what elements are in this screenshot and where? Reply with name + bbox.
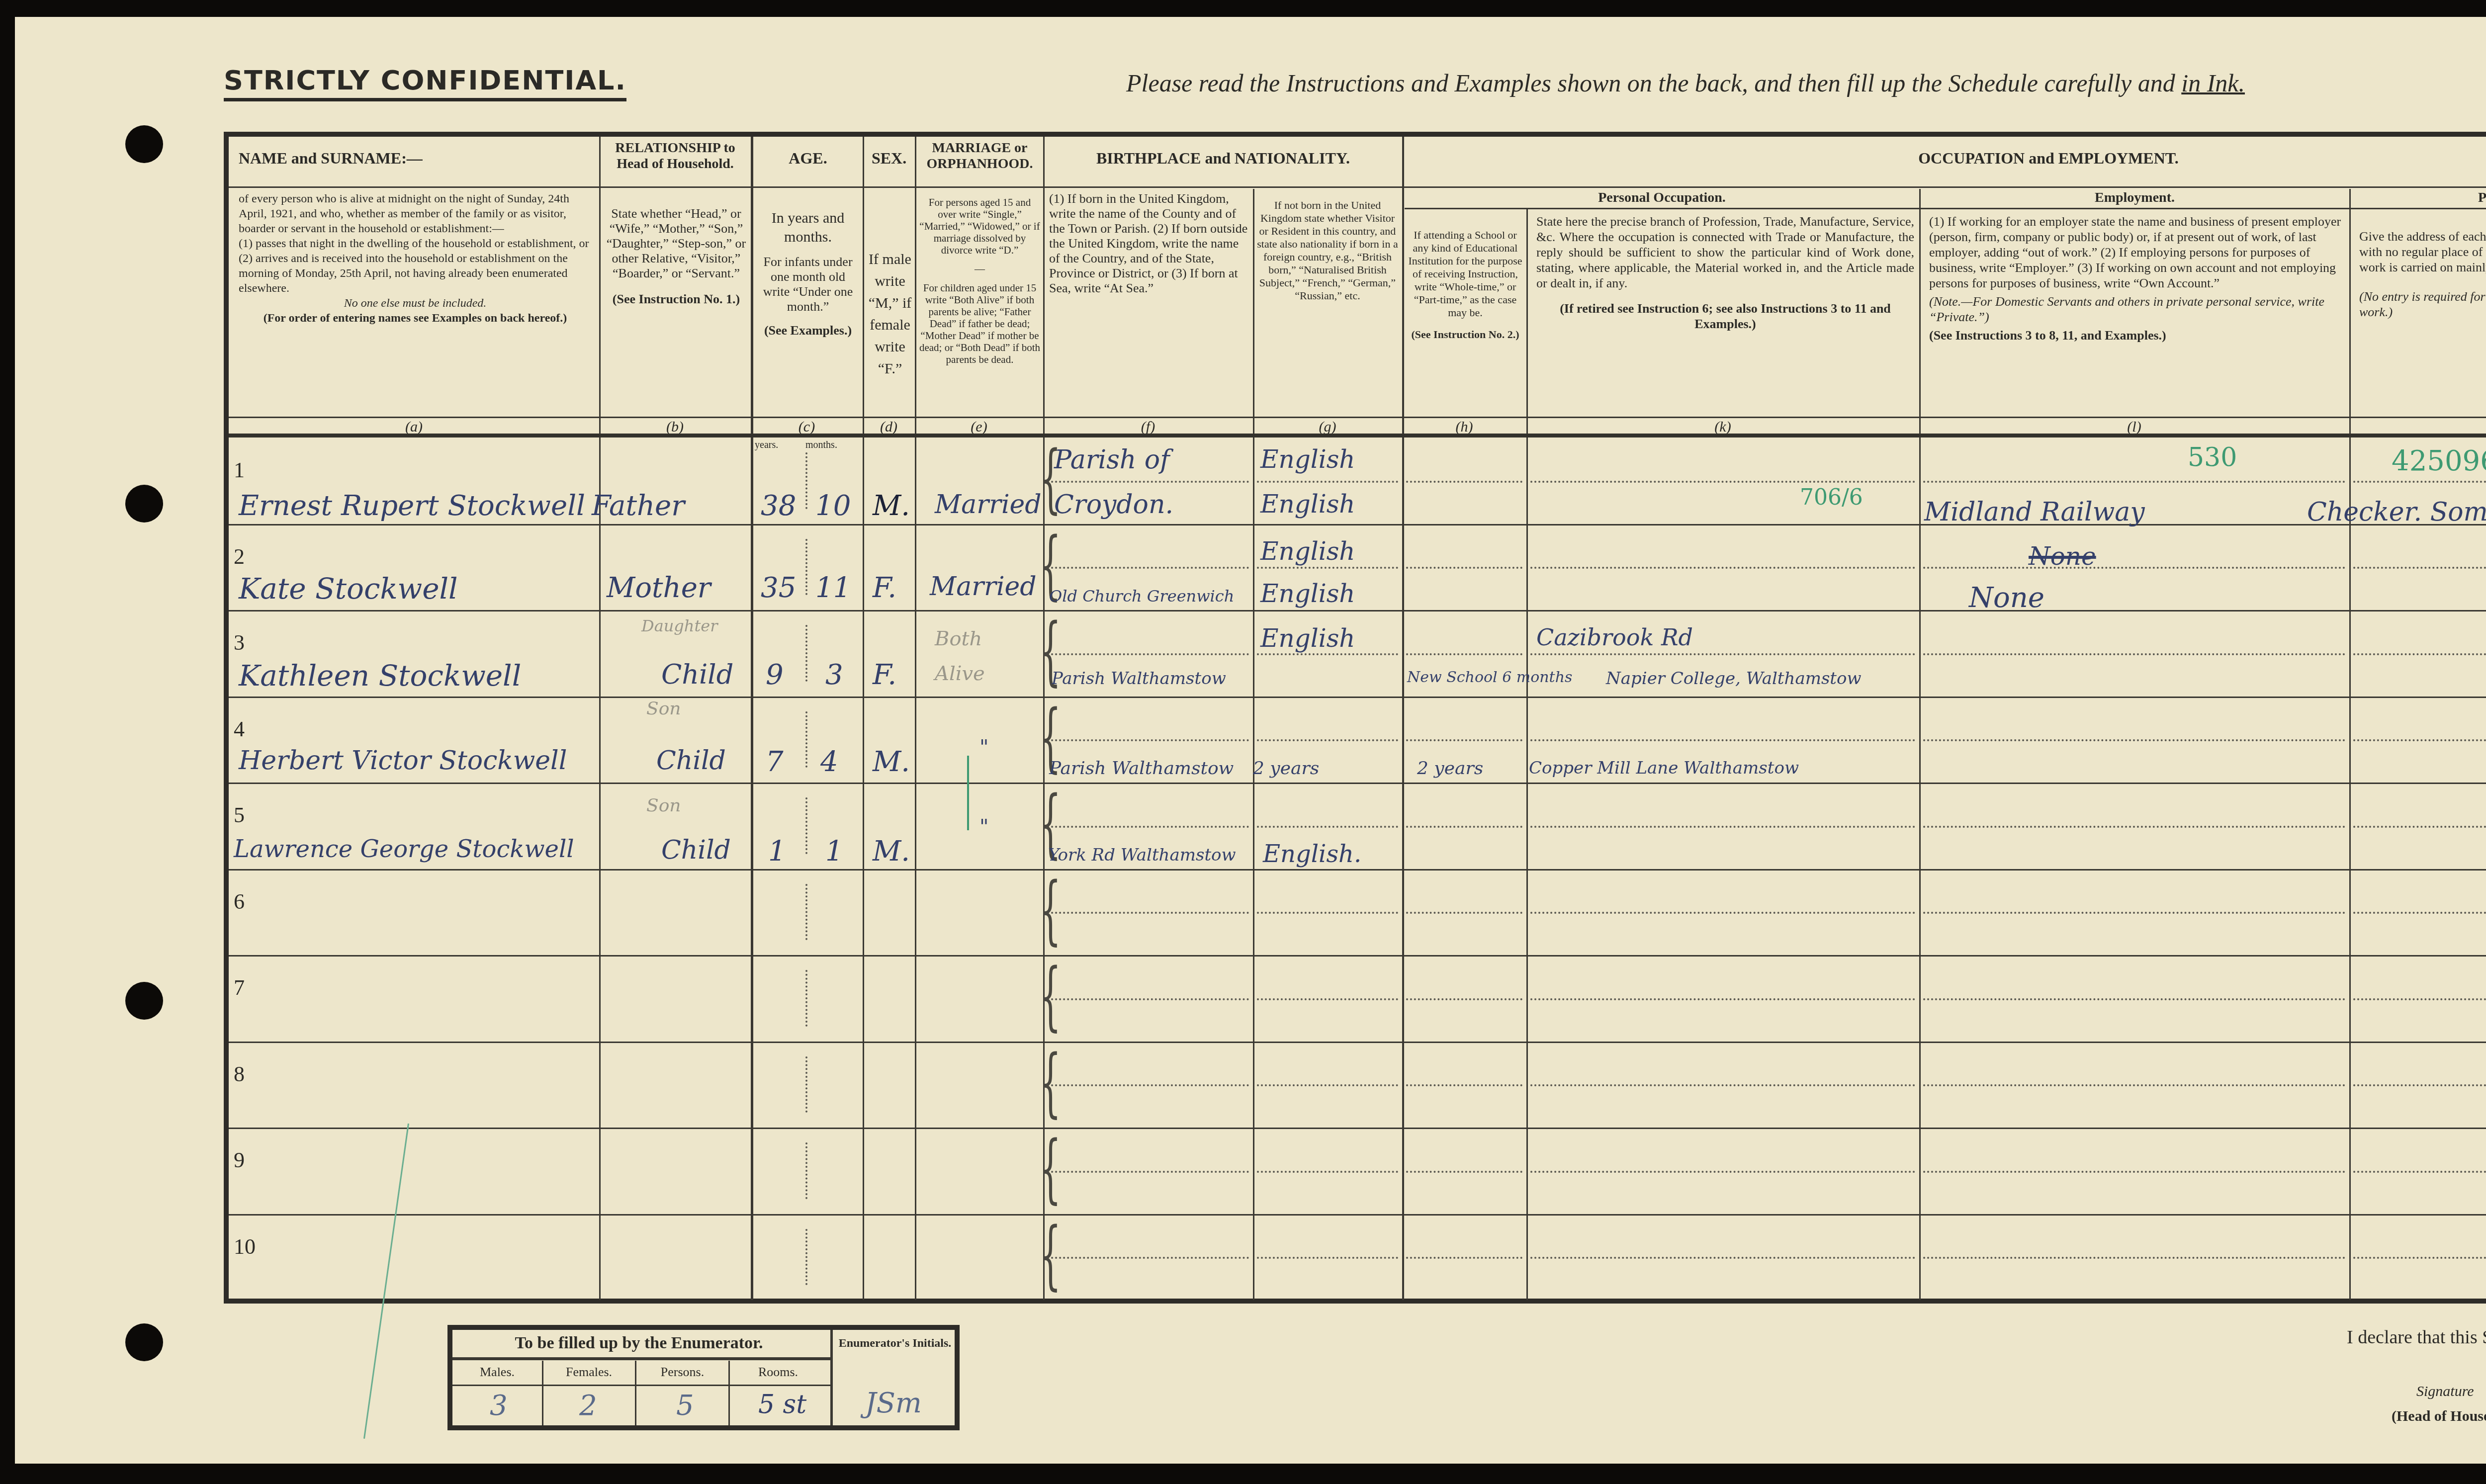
col-id-k: (k): [1526, 419, 1919, 436]
row-4-relationship[interactable]: Child: [656, 746, 726, 776]
row-dotted-guide: [1923, 567, 2345, 569]
col-id-l: (l): [1919, 419, 2349, 436]
col-id-e: (e): [915, 419, 1043, 436]
row-2-nationality-2[interactable]: English: [1260, 579, 1355, 608]
col-a-desc-2: (1) passes that night in the dwelling of…: [239, 236, 592, 251]
row-1-employment-code: 530: [2188, 442, 2237, 472]
row-divider: [229, 524, 2486, 525]
row-dotted-guide: [1530, 1084, 1915, 1086]
brace-icon: {: [1040, 1218, 1061, 1293]
col-h-desc-text: If attending a School or any kind of Edu…: [1405, 229, 1525, 319]
row-dotted-guide: [1406, 912, 1522, 914]
col-l-note-italic: (Note.—For Domestic Servants and others …: [1929, 294, 2342, 325]
row-3-relationship[interactable]: Child: [661, 659, 733, 690]
row-dotted-guide: [1923, 1257, 2345, 1259]
col-id-g: (g): [1253, 419, 1402, 436]
colid-divider: [229, 417, 2486, 418]
col-id-h: (h): [1402, 419, 1526, 436]
row-dotted-guide: [1257, 998, 1398, 1000]
row-dotted-guide: [1257, 739, 1398, 741]
instructions-line: Please read the Instructions and Example…: [1126, 69, 2245, 97]
row-dotted-guide: [2353, 739, 2486, 741]
col-m-desc: Give the address of each person's place …: [2359, 229, 2486, 320]
row-divider: [229, 955, 2486, 957]
col-k-header: Personal Occupation.: [1405, 189, 1919, 207]
row-3-relationship-note: Daughter: [641, 616, 718, 635]
brace-icon: {: [1040, 873, 1061, 948]
row-4-age-years[interactable]: 7: [766, 746, 784, 778]
row-5-relationship-note: Son: [646, 795, 681, 816]
row-dotted-guide: [1406, 481, 1522, 483]
row-dotted-guide: [1923, 1084, 2345, 1086]
col-divider: [599, 137, 601, 1300]
row-dotted-guide: [1923, 653, 2345, 655]
row-dotted-guide: [1047, 826, 1249, 828]
col-b-desc: State whether “Head,” or “Wife,” “Mother…: [604, 206, 748, 307]
row-divider: [229, 1042, 2486, 1043]
brace-icon: {: [1040, 959, 1061, 1034]
brace-icon: {: [1040, 1132, 1061, 1206]
col-a-desc-5: (For order of entering names see Example…: [239, 311, 592, 326]
col-e-desc-2: For children aged under 15 write “Both A…: [919, 282, 1041, 365]
row-4-relationship-note: Son: [646, 698, 681, 719]
row-dotted-guide: [1406, 1257, 1522, 1259]
row-dotted-guide: [1406, 1084, 1522, 1086]
col-divider: [915, 137, 916, 1300]
row-5-nationality[interactable]: English.: [1263, 840, 1361, 868]
occupation-employment-header: OCCUPATION and EMPLOYMENT.: [1405, 149, 2486, 167]
header-divider: [1405, 208, 2486, 209]
row-dotted-guide: [1257, 653, 1398, 655]
row-4-nationality[interactable]: 2 years: [1253, 758, 1319, 779]
punch-hole-icon: [125, 125, 163, 163]
row-1-workplace-code: 425096: [2392, 445, 2486, 477]
col-l-header: Employment.: [1920, 189, 2349, 207]
row-dotted-guide: [2353, 653, 2486, 655]
row-dotted-guide: [2353, 826, 2486, 828]
row-dotted-guide: [1530, 739, 1915, 741]
row-1-sex[interactable]: M.: [873, 490, 910, 522]
col-f-desc: (1) If born in the United Kingdom, write…: [1049, 191, 1248, 296]
row-number: 2: [234, 544, 245, 569]
col-e-dash: —: [919, 263, 1041, 275]
age-years-months-divider: [805, 970, 807, 1027]
enumerator-initials-divider: [830, 1330, 833, 1425]
col-id-m: (m): [2349, 419, 2486, 436]
row-number: 4: [234, 716, 245, 742]
row-number: 7: [234, 975, 245, 1000]
punch-hole-icon: [125, 982, 163, 1020]
row-divider: [229, 1214, 2486, 1216]
row-dotted-guide: [1047, 653, 1249, 655]
header-divider: [229, 186, 2486, 188]
row-dotted-guide: [1530, 481, 1915, 483]
col-k-desc: State here the precise branch of Profess…: [1536, 214, 1914, 332]
age-years-months-divider: [805, 884, 807, 941]
females-label: Females.: [543, 1365, 635, 1380]
row-divider: [229, 869, 2486, 871]
row-1-relationship[interactable]: Father: [592, 490, 685, 522]
males-value[interactable]: 3: [490, 1390, 508, 1422]
row-4-age-months[interactable]: 4: [820, 746, 838, 778]
row-3-occupation-1[interactable]: Cazibrook Rd: [1536, 624, 1693, 651]
enum-label-divider: [452, 1385, 830, 1386]
row-dotted-guide: [1047, 998, 1249, 1000]
col-divider: [1402, 137, 1404, 1300]
col-id-c: (c): [751, 419, 863, 436]
col-divider: [863, 137, 864, 1300]
col-d-desc: If male write “M,” if female write “F.”: [868, 249, 912, 380]
row-dotted-guide: [1406, 1171, 1522, 1173]
age-years-months-divider: [805, 452, 807, 509]
row-1-name[interactable]: Ernest Rupert Stockwell: [239, 490, 585, 522]
col-a-desc-1: of every person who is alive at midnight…: [239, 191, 592, 236]
col-d-header: SEX.: [864, 149, 914, 167]
row-3-occupation[interactable]: Napier College, Walthamstow: [1606, 669, 1862, 689]
row-dotted-guide: [1257, 567, 1398, 569]
row-number: 1: [234, 457, 245, 483]
row-2-name[interactable]: Kate Stockwell: [239, 572, 458, 606]
age-years-months-divider: [805, 625, 807, 682]
col-h-note: (See Instruction No. 2.): [1405, 328, 1525, 341]
row-dotted-guide: [1923, 739, 2345, 741]
row-dotted-guide: [1047, 739, 1249, 741]
row-dotted-guide: [1530, 1171, 1915, 1173]
row-number: 3: [234, 630, 245, 655]
rooms-label: Rooms.: [731, 1365, 825, 1380]
row-dotted-guide: [1530, 826, 1915, 828]
enumerator-box-header: To be filled up by the Enumerator.: [452, 1334, 825, 1353]
col-id-f: (f): [1043, 419, 1253, 436]
row-dotted-guide: [1047, 567, 1249, 569]
row-dotted-guide: [1257, 1257, 1398, 1259]
row-3-birthplace[interactable]: Parish Walthamstow: [1052, 669, 1226, 689]
enumerator-initials-header: Enumerator's Initials.: [835, 1337, 955, 1350]
age-years-months-divider: [805, 711, 807, 768]
row-4-sex[interactable]: M.: [873, 746, 910, 778]
row-divider: [229, 783, 2486, 784]
row-3-nationality[interactable]: English: [1260, 624, 1355, 653]
row-number: 5: [234, 802, 245, 828]
age-years-label: years.: [755, 439, 778, 451]
age-years-months-divider: [805, 1056, 807, 1113]
row-dotted-guide: [2353, 912, 2486, 914]
row-dotted-guide: [1923, 912, 2345, 914]
row-dotted-guide: [1257, 912, 1398, 914]
col-divider: [1253, 189, 1254, 1300]
row-1-nationality-1[interactable]: English: [1260, 445, 1355, 474]
rooms-value[interactable]: 5 st: [758, 1390, 806, 1419]
row-1-workplace[interactable]: Checker. Somers Town.: [2307, 497, 2486, 527]
col-a-desc-4: No one else must be included.: [239, 296, 592, 311]
col-m-desc-text: Give the address of each person's place …: [2359, 229, 2486, 275]
row-3-sex[interactable]: F.: [873, 659, 896, 691]
col-l-note: (See Instructions 3 to 8, 11, and Exampl…: [1929, 328, 2342, 343]
row-2-employment-struck: None: [2029, 542, 2096, 571]
row-dotted-guide: [2353, 1084, 2486, 1086]
instructions-text: Please read the Instructions and Example…: [1126, 69, 2181, 97]
row-dotted-guide: [2353, 1257, 2486, 1259]
row-dotted-guide: [2353, 481, 2486, 483]
row-5-name[interactable]: Lawrence George Stockwell: [234, 835, 574, 863]
row-3-school[interactable]: New School 6 months: [1407, 669, 1572, 686]
row-dotted-guide: [1406, 653, 1522, 655]
age-years-months-divider: [805, 1142, 807, 1199]
enum-col-divider: [635, 1361, 636, 1425]
row-divider: [229, 1128, 2486, 1129]
col-divider: [751, 137, 753, 1300]
row-4-marriage[interactable]: ": [979, 736, 988, 759]
row-1-employment[interactable]: Midland Railway: [1924, 497, 2145, 527]
col-a-desc: of every person who is alive at midnight…: [239, 191, 592, 326]
row-5-marriage[interactable]: ": [979, 815, 988, 838]
row-5-relationship[interactable]: Child: [661, 835, 731, 865]
persons-value[interactable]: 5: [676, 1390, 694, 1422]
row-dotted-guide: [1923, 998, 2345, 1000]
row-4-name[interactable]: Herbert Victor Stockwell: [239, 746, 567, 776]
row-dotted-guide: [1530, 1257, 1915, 1259]
row-dotted-guide: [1047, 1257, 1249, 1259]
row-dotted-guide: [1923, 826, 2345, 828]
row-2-marriage[interactable]: Married: [930, 572, 1037, 602]
col-l-desc-text: (1) If working for an employer state the…: [1929, 214, 2342, 291]
row-4-birthplace[interactable]: Parish Walthamstow: [1049, 758, 1234, 779]
row-2-age-months[interactable]: 11: [815, 572, 851, 604]
row-5-sex[interactable]: M.: [873, 835, 910, 868]
col-c-desc-2: For infants under one month old write “U…: [756, 255, 860, 314]
row-5-age-months[interactable]: 1: [825, 835, 843, 868]
col-k-desc-text: State here the precise branch of Profess…: [1536, 214, 1914, 291]
row-1-occupation-code: 706/6: [1800, 485, 1863, 510]
enumerator-initials-value[interactable]: JSm: [865, 1387, 922, 1419]
punch-hole-icon: [125, 485, 163, 523]
persons-label: Persons.: [636, 1365, 728, 1380]
row-number: 10: [234, 1234, 256, 1259]
row-dotted-guide: [1257, 1084, 1398, 1086]
row-3-age-months[interactable]: 3: [825, 659, 843, 691]
row-1-age-years[interactable]: 38: [761, 490, 796, 522]
col-m-header: Place of Work.: [2350, 189, 2486, 207]
row-dotted-guide: [1923, 1171, 2345, 1173]
col-m-note-italic: (No entry is required for any person who…: [2359, 289, 2486, 320]
in-ink-text: in Ink.: [2181, 69, 2245, 97]
enumerator-box: To be filled up by the Enumerator. Enume…: [447, 1325, 960, 1430]
row-divider: [229, 697, 2486, 698]
enumerator-box-divider: [452, 1357, 830, 1360]
col-c-desc-text: In years and months.: [756, 209, 860, 247]
col-divider: [1526, 209, 1528, 1300]
col-b-note: (See Instruction No. 1.): [604, 292, 748, 307]
row-dotted-guide: [1047, 1171, 1249, 1173]
row-2-sex[interactable]: F.: [873, 572, 896, 604]
col-e-header: MARRIAGE or ORPHANHOOD.: [916, 140, 1043, 172]
green-ditto-line: [967, 756, 969, 830]
col-c-desc: In years and months. For infants under o…: [756, 209, 860, 338]
row-2-nationality-1[interactable]: English: [1260, 537, 1355, 566]
row-dotted-guide: [1257, 481, 1398, 483]
signature-label: Signature: [2416, 1383, 2474, 1400]
col-b-header: RELATIONSHIP to Head of Household.: [601, 140, 750, 172]
row-dotted-guide: [1923, 481, 2345, 483]
col-divider: [1919, 189, 1921, 1300]
row-dotted-guide: [1530, 567, 1915, 569]
row-dotted-guide: [1530, 998, 1915, 1000]
col-g-desc: If not born in the United Kingdom state …: [1255, 199, 1400, 302]
brace-icon: {: [1040, 1046, 1061, 1120]
row-dotted-guide: [1530, 912, 1915, 914]
row-2-age-years[interactable]: 35: [761, 572, 796, 604]
declaration-text: I declare that this Schedule is correctl…: [2347, 1326, 2486, 1348]
row-3-name[interactable]: Kathleen Stockwell: [239, 659, 521, 693]
row-1-age-months[interactable]: 10: [815, 490, 851, 522]
age-months-label: months.: [805, 439, 837, 451]
row-number: 9: [234, 1147, 245, 1173]
birthplace-nationality-header: BIRTHPLACE and NATIONALITY.: [1044, 149, 1402, 167]
row-5-birthplace[interactable]: York Rd Walthamstow: [1048, 845, 1236, 865]
row-dotted-guide: [1406, 739, 1522, 741]
col-c-note: (See Examples.): [756, 323, 860, 338]
row-number: 8: [234, 1061, 245, 1087]
row-dotted-guide: [1047, 912, 1249, 914]
row-dotted-guide: [1406, 826, 1522, 828]
females-value[interactable]: 2: [579, 1390, 597, 1422]
row-dotted-guide: [1530, 653, 1915, 655]
col-c-header: AGE.: [753, 149, 863, 167]
enum-col-divider: [542, 1361, 543, 1425]
col-divider: [2349, 189, 2351, 1300]
row-dotted-guide: [2353, 567, 2486, 569]
age-years-months-divider: [805, 797, 807, 854]
signature-note: (Head of Household, Manager of Establish…: [2392, 1408, 2486, 1425]
col-a-desc-3: (2) arrives and is received into the hou…: [239, 251, 592, 296]
row-3-marriage[interactable]: Both Alive: [935, 621, 1004, 691]
col-l-desc: (1) If working for an employer state the…: [1929, 214, 2342, 343]
row-2-birthplace[interactable]: Old Church Greenwich: [1049, 587, 1234, 606]
row-divider: [229, 610, 2486, 611]
col-k-note: (If retired see Instruction 6; see also …: [1536, 301, 1914, 332]
age-years-months-divider: [805, 539, 807, 596]
row-dotted-guide: [1047, 1084, 1249, 1086]
col-e-desc: For persons aged 15 and over write “Sing…: [919, 196, 1041, 365]
age-years-months-divider: [805, 1229, 807, 1286]
col-e-desc-text: For persons aged 15 and over write “Sing…: [919, 196, 1041, 256]
row-number: 6: [234, 889, 245, 914]
row-1-nationality-2[interactable]: English: [1260, 490, 1355, 519]
col-b-desc-text: State whether “Head,” or “Wife,” “Mother…: [604, 206, 748, 281]
row-dotted-guide: [1257, 1171, 1398, 1173]
enum-col-divider: [728, 1361, 730, 1425]
males-label: Males.: [452, 1365, 542, 1380]
col-h-desc: If attending a School or any kind of Edu…: [1405, 229, 1525, 341]
row-dotted-guide: [2353, 998, 2486, 1000]
row-dotted-guide: [1257, 826, 1398, 828]
row-2-relationship[interactable]: Mother: [607, 572, 711, 604]
row-dotted-guide: [1047, 481, 1249, 483]
punch-hole-icon: [125, 1323, 163, 1361]
row-dotted-guide: [1406, 998, 1522, 1000]
row-4-occupation[interactable]: Copper Mill Lane Walthamstow: [1529, 758, 1799, 778]
col-id-d: (d): [863, 419, 915, 436]
col-id-b: (b): [599, 419, 751, 436]
row-dotted-guide: [2353, 1171, 2486, 1173]
row-1-birthplace-2[interactable]: Croydon.: [1054, 490, 1173, 520]
row-1-marriage[interactable]: Married: [935, 490, 1042, 520]
row-4-school[interactable]: 2 years: [1417, 758, 1483, 779]
col-id-a: (a): [229, 419, 599, 436]
page-title: STRICTLY CONFIDENTIAL.: [224, 65, 626, 101]
row-dotted-guide: [1406, 567, 1522, 569]
row-3-age-years[interactable]: 9: [766, 659, 784, 691]
row-2-employment[interactable]: None: [1969, 582, 2044, 614]
col-a-header: NAME and SURNAME:—: [239, 149, 487, 167]
row-1-birthplace-1[interactable]: Parish of: [1054, 445, 1169, 475]
row-5-age-years[interactable]: 1: [768, 835, 786, 868]
